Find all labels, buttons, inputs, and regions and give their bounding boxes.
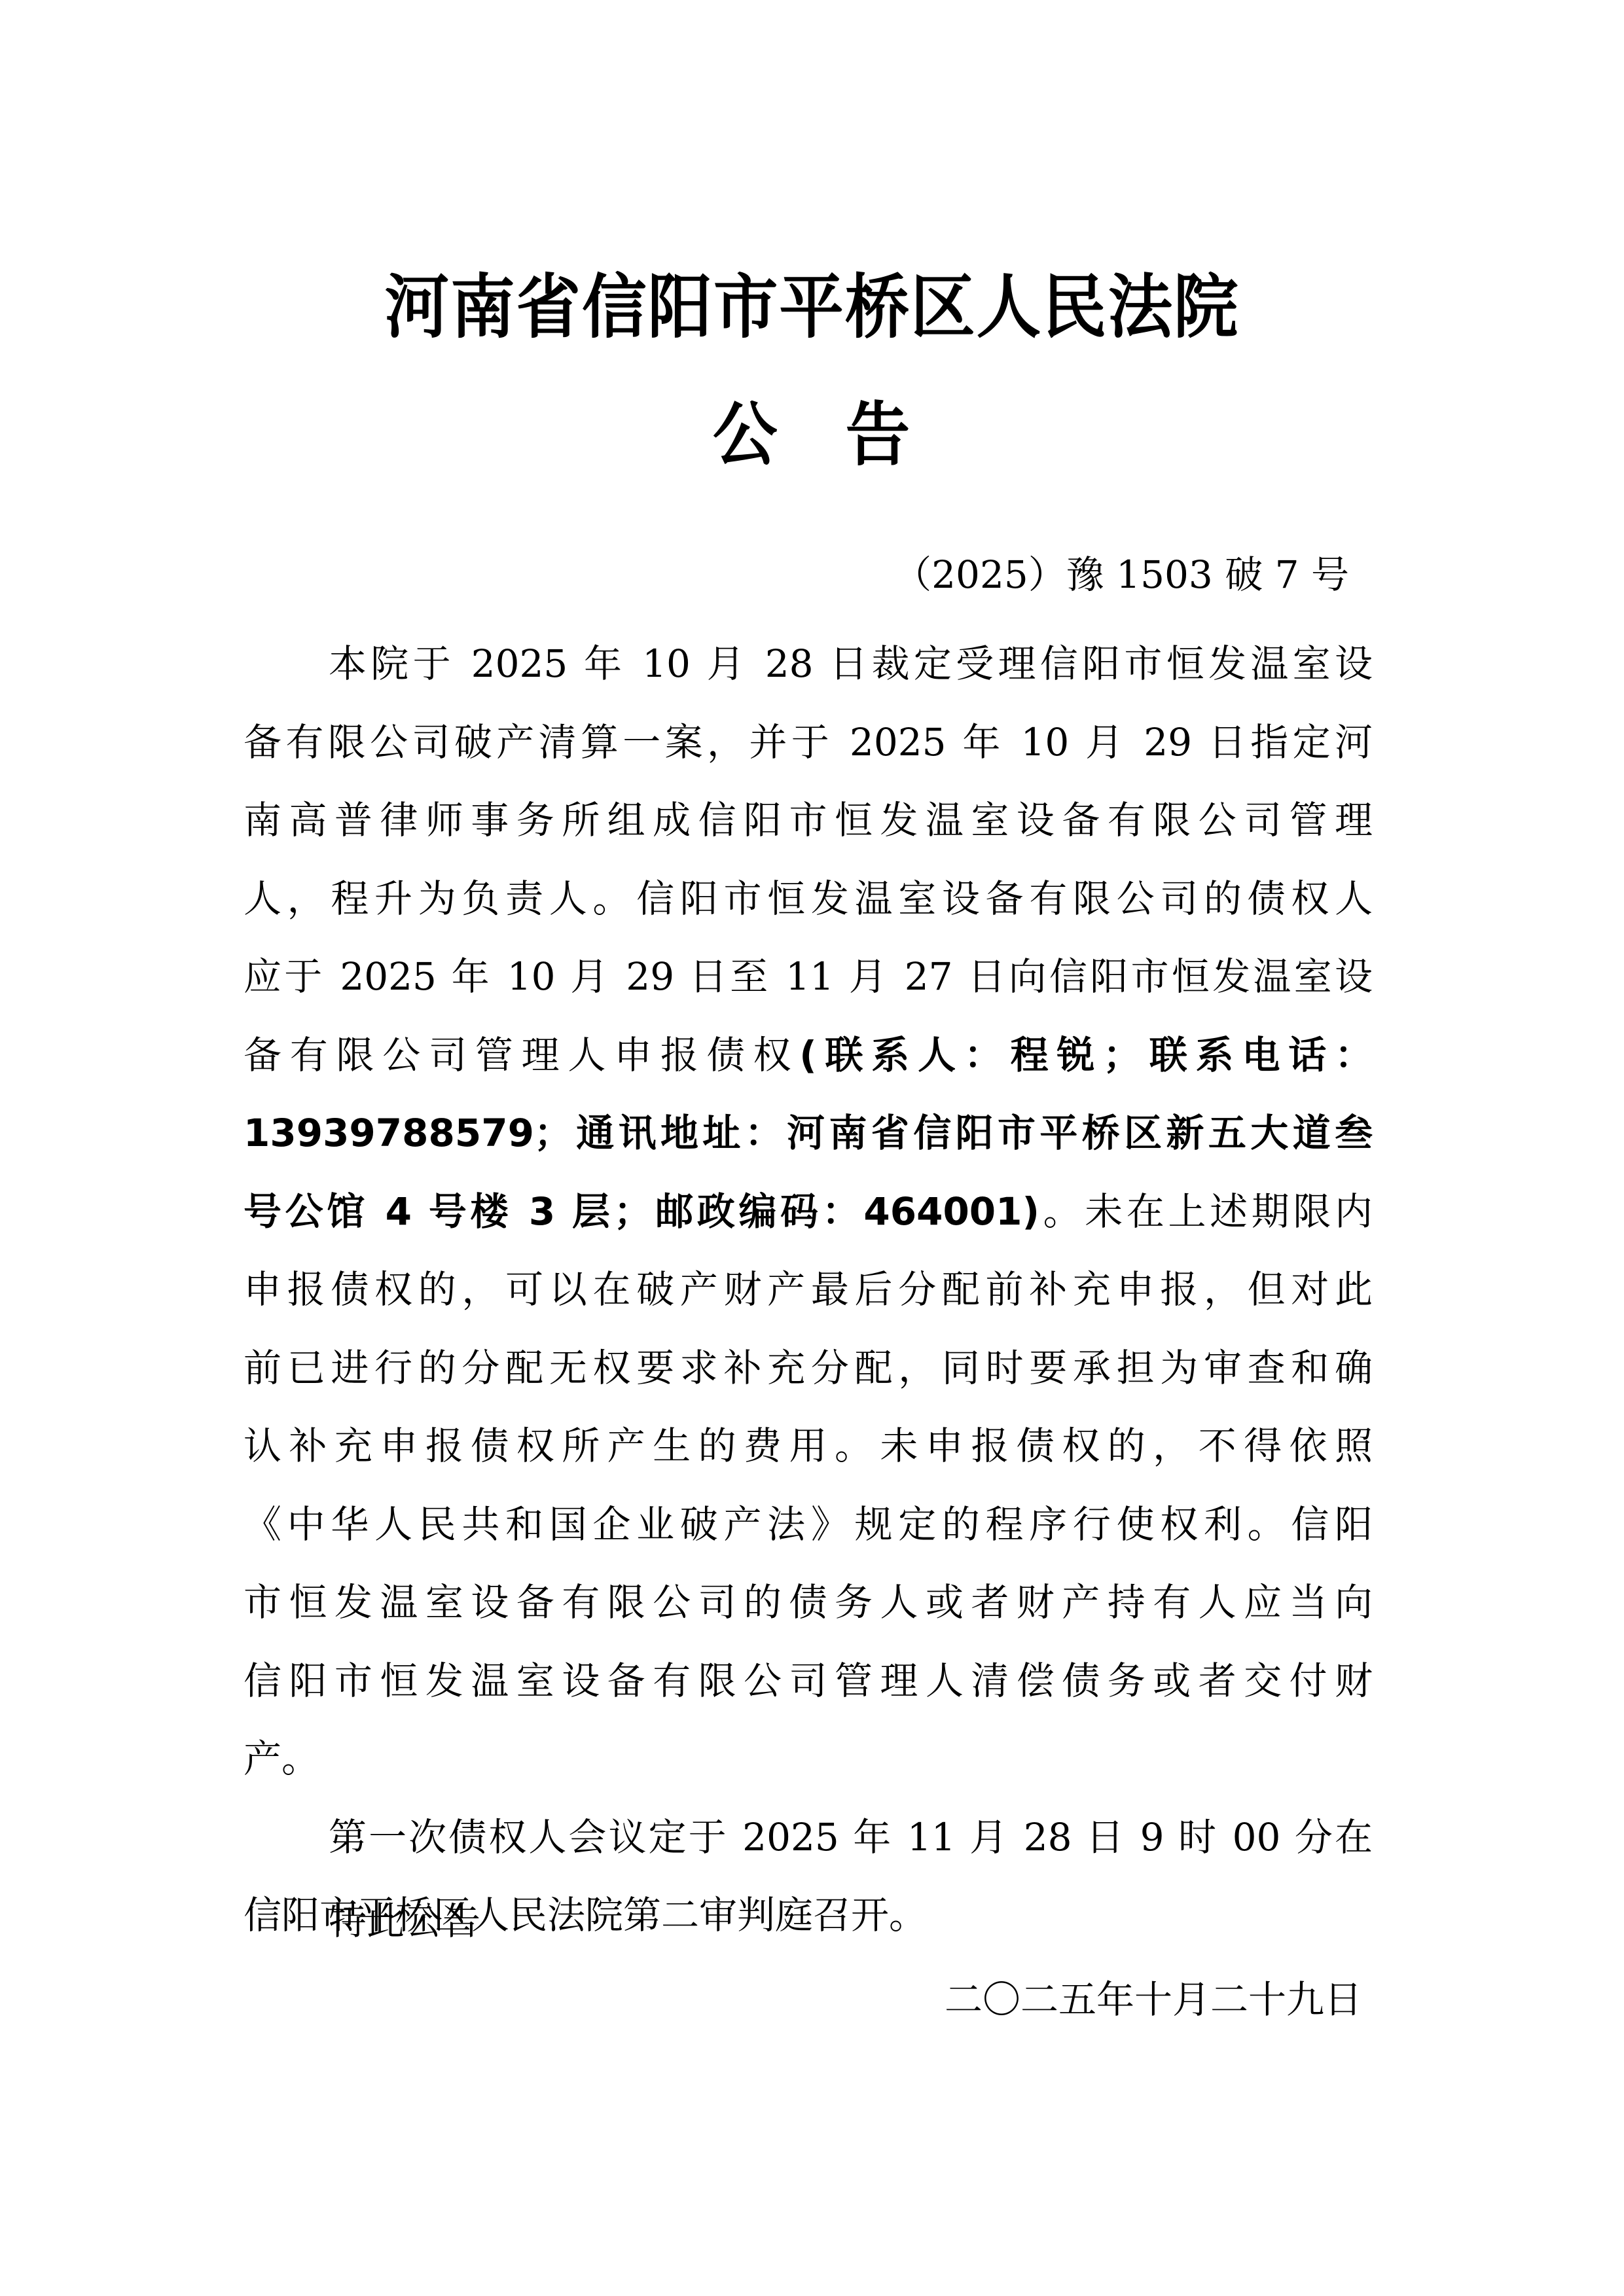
meeting-line: 第一次债权人会议定于 2025 年 11 月 28 日 9 时 00 分在: [244, 1799, 1373, 1877]
notice-heading: 公告: [57, 393, 1567, 478]
closing-statement: 特此公告: [329, 1895, 480, 1947]
body-text: 备有限公司管理人申报债权: [244, 1033, 799, 1077]
issue-date: 二〇二五年十月二十九日: [945, 1973, 1362, 2026]
body-line: 人，程升为负责人。信阳市恒发温室设备有限公司的债权人: [244, 860, 1373, 939]
body-line: 申报债权的，可以在破产财产最后分配前补充申报，但对此: [244, 1251, 1373, 1329]
notice-heading-char-2: 告: [846, 395, 911, 475]
body-line: 信阳市恒发温室设备有限公司管理人清偿债务或者交付财: [244, 1642, 1373, 1721]
body-line-contact-start: 备有限公司管理人申报债权(联系人：程锐；联系电话：: [244, 1016, 1373, 1095]
body-line: 市恒发温室设备有限公司的债务人或者财产持有人应当向: [244, 1564, 1373, 1642]
court-name-title: 河南省信阳市平桥区人民法院: [57, 265, 1567, 350]
body-line: 认补充申报债权所产生的费用。未申报债权的，不得依照: [244, 1407, 1373, 1486]
contact-info-line: 13939788579；通讯地址：河南省信阳市平桥区新五大道叁: [244, 1094, 1373, 1173]
contact-info-bold: (联系人：程锐；联系电话：: [799, 1033, 1373, 1077]
body-line-contact-end: 号公馆 4 号楼 3 层；邮政编码：464001)。未在上述期限内: [244, 1173, 1373, 1251]
notice-heading-char-1: 公: [713, 395, 778, 475]
notice-body: 本院于 2025 年 10 月 28 日裁定受理信阳市恒发温室设 备有限公司破产…: [244, 625, 1373, 1955]
body-text: 。未在上述期限内: [1039, 1189, 1373, 1234]
body-line: 南高普律师事务所组成信阳市恒发温室设备有限公司管理: [244, 781, 1373, 860]
body-line: 产。: [244, 1720, 1373, 1799]
body-line: 前已进行的分配无权要求补充分配，同时要承担为审查和确: [244, 1329, 1373, 1408]
body-line: 本院于 2025 年 10 月 28 日裁定受理信阳市恒发温室设: [244, 625, 1373, 704]
contact-info-bold: 号公馆 4 号楼 3 层；邮政编码：464001): [244, 1189, 1039, 1234]
body-line: 应于 2025 年 10 月 29 日至 11 月 27 日向信阳市恒发温室设: [244, 938, 1373, 1016]
body-line: 《中华人民共和国企业破产法》规定的程序行使权利。信阳: [244, 1486, 1373, 1564]
court-notice-page: 河南省信阳市平桥区人民法院 公告 （2025）豫 1503 破 7 号 本院于 …: [0, 0, 1624, 2296]
case-number: （2025）豫 1503 破 7 号: [893, 548, 1349, 601]
body-line: 备有限公司破产清算一案，并于 2025 年 10 月 29 日指定河: [244, 704, 1373, 782]
